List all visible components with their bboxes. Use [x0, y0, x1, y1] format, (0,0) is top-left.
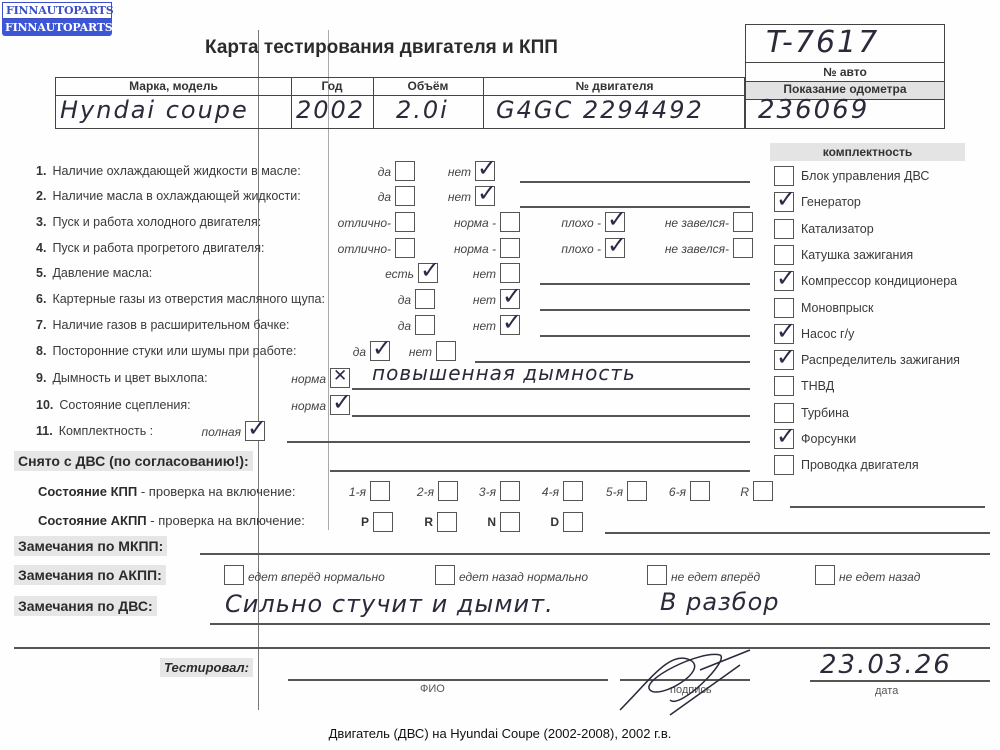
- checklist-question: 9.Дымность и цвет выхлопа:: [36, 371, 208, 385]
- option-checkbox[interactable]: [500, 289, 520, 309]
- gear-label: P: [353, 515, 369, 529]
- gear-checkbox[interactable]: [438, 481, 458, 501]
- option-label: да: [305, 165, 391, 179]
- akpp-label: Состояние АКПП - проверка на включение:: [38, 513, 305, 528]
- gear-label: D: [543, 515, 559, 529]
- option-label: норма: [240, 372, 326, 386]
- akpp-remark-label: едет вперёд нормально: [248, 570, 385, 584]
- akpp-remark-checkbox[interactable]: [224, 565, 244, 585]
- option-label: не завелся-: [643, 216, 729, 230]
- year-value: 2002: [296, 96, 365, 124]
- kit-item-label: Компрессор кондиционера: [801, 274, 957, 288]
- akpp-remark-label: не едет назад: [839, 570, 920, 584]
- option-checkbox[interactable]: [330, 368, 350, 388]
- checklist-question: 1.Наличие охлаждающей жидкости в масле:: [36, 164, 301, 178]
- checklist-question: 7.Наличие газов в расширительном бачке:: [36, 318, 290, 332]
- option-checkbox[interactable]: [500, 315, 520, 335]
- remarks-mkpp-label: Замечания по МКПП:: [14, 536, 167, 556]
- option-label: нет: [385, 165, 471, 179]
- removed-label: Снято с ДВС (по согласованию!):: [14, 451, 253, 471]
- akpp-remark-checkbox[interactable]: [815, 565, 835, 585]
- model-value: Hyndai coupe: [60, 96, 249, 124]
- option-label: норма: [240, 399, 326, 413]
- gear-label: R: [719, 485, 749, 499]
- gear-checkbox[interactable]: [563, 481, 583, 501]
- page-title: Карта тестирования двигателя и КПП: [205, 37, 558, 59]
- option-label: полная: [155, 425, 241, 439]
- option-label: да: [305, 190, 391, 204]
- option-label: нет: [385, 190, 471, 204]
- answer-line[interactable]: [540, 335, 750, 337]
- akpp-remark-label: не едет вперёд: [671, 570, 760, 584]
- answer-line[interactable]: [287, 441, 750, 443]
- option-label: да: [325, 293, 411, 307]
- checklist-question: 11.Комплектность :: [36, 424, 153, 438]
- option-checkbox[interactable]: [245, 421, 265, 441]
- remarks-dvs-label: Замечания по ДВС:: [14, 596, 157, 616]
- mkpp-line: [790, 506, 985, 508]
- kit-item-label: Блок управления ДВС: [801, 169, 929, 183]
- auto-number-box: T-7617 № авто Показание одометра 236069: [745, 24, 945, 129]
- kit-checkbox[interactable]: [774, 219, 794, 239]
- remarks-dvs-text-2: В разбор: [660, 588, 780, 616]
- engine-no-value: G4GC 2294492: [496, 96, 704, 124]
- test-date: 23.03.26: [820, 650, 952, 680]
- volume-value: 2.0i: [396, 96, 449, 124]
- gear-label: 5-я: [593, 485, 623, 499]
- remarks-akpp-label: Замечания по АКПП:: [14, 565, 166, 585]
- col-year: Год: [291, 79, 373, 93]
- gear-checkbox[interactable]: [563, 512, 583, 532]
- kit-item-label: ТНВД: [801, 379, 834, 393]
- gear-checkbox[interactable]: [690, 481, 710, 501]
- date-line: [810, 680, 990, 682]
- kit-item-label: Турбина: [801, 406, 849, 420]
- option-checkbox[interactable]: [475, 186, 495, 206]
- col-engine-no: № двигателя: [483, 79, 746, 93]
- removed-line: [330, 470, 750, 472]
- kit-checkbox[interactable]: [774, 403, 794, 423]
- answer-line[interactable]: [520, 181, 750, 183]
- checklist-question: 6.Картерные газы из отверстия масляного …: [36, 292, 325, 306]
- tested-label: Тестировал:: [160, 658, 253, 677]
- remarks-dvs-line: [210, 623, 990, 625]
- auto-no-label: № авто: [746, 65, 944, 79]
- remarks-dvs-line-2: [14, 647, 990, 649]
- gear-label: R: [417, 515, 433, 529]
- kit-checkbox[interactable]: [774, 429, 794, 449]
- kit-checkbox[interactable]: [774, 376, 794, 396]
- kit-checkbox[interactable]: [774, 271, 794, 291]
- gear-checkbox[interactable]: [627, 481, 647, 501]
- auto-number: T-7617: [766, 25, 879, 60]
- option-label: нет: [410, 293, 496, 307]
- image-caption: Двигатель (ДВС) на Hyundai Coupe (2002-2…: [0, 726, 1000, 741]
- remarks-mkpp-line: [200, 553, 990, 555]
- option-label: не завелся-: [643, 242, 729, 256]
- signature-scribble: [610, 640, 760, 720]
- watermark-line-2: FINNAUTOPARTS: [2, 19, 112, 36]
- option-label: нет: [346, 345, 432, 359]
- option-checkbox[interactable]: [605, 238, 625, 258]
- option-label: отлично-: [305, 242, 391, 256]
- option-label: есть: [328, 267, 414, 281]
- mkpp-label: Состояние КПП - проверка на включение:: [38, 484, 295, 499]
- akpp-remark-checkbox[interactable]: [647, 565, 667, 585]
- kit-item-label: Моновпрыск: [801, 301, 873, 315]
- exhaust-note: повышенная дымность: [372, 361, 636, 385]
- col-volume: Объём: [373, 79, 483, 93]
- watermark-line-1: FINNAUTOPARTS: [2, 2, 112, 19]
- kit-checkbox[interactable]: [774, 245, 794, 265]
- kit-checkbox[interactable]: [774, 166, 794, 186]
- answer-line[interactable]: [540, 309, 750, 311]
- gear-checkbox[interactable]: [500, 481, 520, 501]
- checklist-question: 10.Состояние сцепления:: [36, 398, 191, 412]
- vehicle-info-table: Марка, модель Год Объём № двигателя Hynd…: [55, 77, 745, 129]
- col-model: Марка, модель: [56, 79, 291, 93]
- option-label: плохо -: [515, 216, 601, 230]
- remarks-dvs-text: Сильно стучит и дымит.: [225, 590, 554, 618]
- gear-label: 4-я: [529, 485, 559, 499]
- option-checkbox[interactable]: [733, 238, 753, 258]
- kit-checkbox[interactable]: [774, 298, 794, 318]
- option-checkbox[interactable]: [500, 263, 520, 283]
- fio-line: [288, 679, 608, 681]
- answer-line[interactable]: [540, 283, 750, 285]
- kit-item-label: Распределитель зажигания: [801, 353, 960, 367]
- answer-line[interactable]: [352, 415, 750, 417]
- checklist-question: 2.Наличие масла в охлаждающей жидкости:: [36, 189, 301, 203]
- checklist-question: 5.Давление масла:: [36, 266, 152, 280]
- answer-line[interactable]: [352, 388, 750, 390]
- option-checkbox[interactable]: [733, 212, 753, 232]
- option-checkbox[interactable]: [475, 161, 495, 181]
- option-label: нет: [410, 319, 496, 333]
- kit-checkbox[interactable]: [774, 350, 794, 370]
- gear-checkbox[interactable]: [370, 481, 390, 501]
- odometer-value: 236069: [758, 95, 869, 125]
- gear-checkbox[interactable]: [500, 512, 520, 532]
- option-label: норма -: [410, 216, 496, 230]
- kit-item-label: Катушка зажигания: [801, 248, 913, 262]
- checklist-question: 3.Пуск и работа холодного двигателя:: [36, 215, 261, 229]
- kit-checkbox[interactable]: [774, 324, 794, 344]
- checklist-question: 4.Пуск и работа прогретого двигателя:: [36, 241, 264, 255]
- kit-item-label: Проводка двигателя: [801, 458, 919, 472]
- kit-item-label: Форсунки: [801, 432, 856, 446]
- kit-item-label: Катализатор: [801, 222, 874, 236]
- option-label: отлично-: [305, 216, 391, 230]
- gear-label: 6-я: [656, 485, 686, 499]
- kit-checkbox[interactable]: [774, 192, 794, 212]
- kit-item-label: Насос г/у: [801, 327, 854, 341]
- watermark-logo: FINNAUTOPARTS FINNAUTOPARTS: [2, 2, 112, 36]
- akpp-remark-checkbox[interactable]: [435, 565, 455, 585]
- kit-checkbox[interactable]: [774, 455, 794, 475]
- answer-line[interactable]: [520, 206, 750, 208]
- checklist-question: 8.Посторонние стуки или шумы при работе:: [36, 344, 296, 358]
- kit-item-label: Генератор: [801, 195, 861, 209]
- fio-label: ФИО: [420, 683, 445, 695]
- kit-header: комплектность: [770, 143, 965, 161]
- gear-checkbox[interactable]: [373, 512, 393, 532]
- option-checkbox[interactable]: [330, 395, 350, 415]
- option-label: норма -: [410, 242, 496, 256]
- gear-checkbox[interactable]: [437, 512, 457, 532]
- option-checkbox[interactable]: [605, 212, 625, 232]
- gear-label: N: [480, 515, 496, 529]
- option-label: плохо -: [515, 242, 601, 256]
- option-label: нет: [410, 267, 496, 281]
- akpp-remark-label: едет назад нормально: [459, 570, 588, 584]
- akpp-line: [605, 532, 990, 534]
- gear-label: 3-я: [466, 485, 496, 499]
- gear-label: 1-я: [336, 485, 366, 499]
- gear-checkbox[interactable]: [753, 481, 773, 501]
- gear-label: 2-я: [404, 485, 434, 499]
- option-label: да: [325, 319, 411, 333]
- date-label: дата: [875, 685, 898, 697]
- option-checkbox[interactable]: [436, 341, 456, 361]
